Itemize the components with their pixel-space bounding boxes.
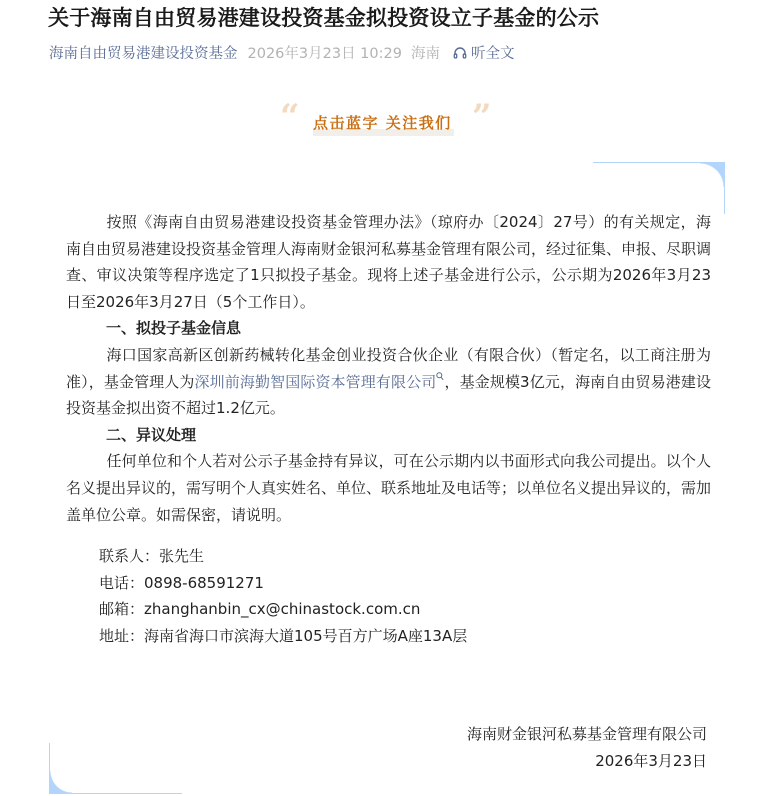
open-quote-icon: “ xyxy=(280,100,300,134)
objection-paragraph: 任何单位和个人若对公示子基金持有异议，可在公示期内以书面形式向我公司提出。以个人… xyxy=(66,448,711,528)
article-meta: 海南自由贸易港建设投资基金 2026年3月23日 10:29 海南 听全文 xyxy=(49,42,514,63)
publish-region: 海南 xyxy=(411,42,440,63)
publish-datetime: 2026年3月23日 10:29 xyxy=(248,42,402,63)
contact-info: 联系人：张先生 电话：0898-68591271 邮箱：zhanghanbin_… xyxy=(99,543,467,649)
fund-manager-link[interactable]: 深圳前海勤智国际资本管理有限公司 xyxy=(195,373,437,391)
account-name-link[interactable]: 海南自由贸易港建设投资基金 xyxy=(49,42,238,63)
article-title: 关于海南自由贸易港建设投资基金拟投资设立子基金的公示 xyxy=(48,2,599,32)
signature: 海南财金银河私募基金管理有限公司 2026年3月23日 xyxy=(467,721,707,774)
intro-paragraph: 按照《海南自由贸易港建设投资基金管理办法》（琼府办〔2024〕27号）的有关规定… xyxy=(66,209,711,315)
contact-address: 地址：海南省海口市滨海大道105号百方广场A座13A层 xyxy=(99,623,467,650)
contact-email: 邮箱：zhanghanbin_cx@chinastock.com.cn xyxy=(99,596,467,623)
listen-button[interactable]: 听全文 xyxy=(453,42,515,63)
corner-decoration-top-right xyxy=(593,162,725,214)
signature-date: 2026年3月23日 xyxy=(467,748,707,775)
section-heading-objection: 二、异议处理 xyxy=(66,422,711,449)
follow-banner[interactable]: “ 点击蓝字 关注我们 ” xyxy=(278,98,498,138)
close-quote-icon: ” xyxy=(472,100,492,134)
article-body: 按照《海南自由贸易港建设投资基金管理办法》（琼府办〔2024〕27号）的有关规定… xyxy=(66,209,711,528)
follow-text: 点击蓝字 关注我们 xyxy=(313,112,454,136)
contact-phone: 电话：0898-68591271 xyxy=(99,570,467,597)
headphones-icon xyxy=(453,46,467,60)
fund-info-paragraph: 海口国家高新区创新药械转化基金创业投资合伙企业（有限合伙）（暂定名，以工商注册为… xyxy=(66,342,711,422)
listen-label: 听全文 xyxy=(471,42,515,63)
corner-decoration-bottom-left xyxy=(49,743,182,794)
section-heading-fund-info: 一、拟投子基金信息 xyxy=(66,315,711,342)
signature-company: 海南财金银河私募基金管理有限公司 xyxy=(467,721,707,748)
contact-person: 联系人：张先生 xyxy=(99,543,467,570)
